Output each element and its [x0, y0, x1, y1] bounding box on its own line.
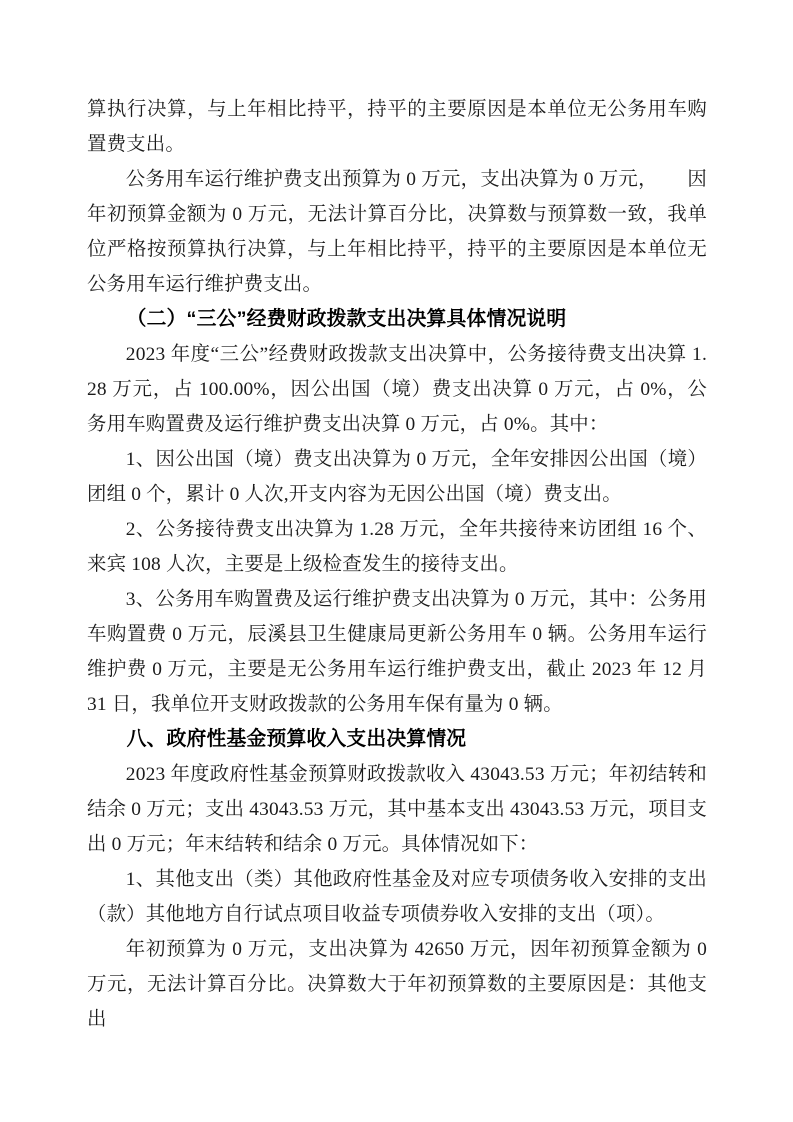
para-budget-vs-final-accounts: 年初预算为 0 万元，支出决算为 42650 万元，因年初预算金额为 0 万元，… — [87, 932, 707, 1037]
heading-government-fund-budget: 八、政府性基金预算收入支出决算情况 — [87, 722, 707, 757]
para-other-expenditure-category: 1、其他支出（类）其他政府性基金及对应专项债务收入安排的支出（款）其他地方自行试… — [87, 862, 707, 932]
document-page: 算执行决算，与上年相比持平，持平的主要原因是本单位无公务用车购置费支出。 公务用… — [0, 0, 793, 1122]
para-item3-vehicle-costs: 3、公务用车购置费及运行维护费支出决算为 0 万元，其中：公务用车购置费 0 万… — [87, 582, 707, 722]
para-vehicle-operation-maintenance: 公务用车运行维护费支出预算为 0 万元，支出决算为 0 万元， 因年初预算金额为… — [87, 162, 707, 302]
para-fund-budget-overview: 2023 年度政府性基金预算财政拨款收入 43043.53 万元；年初结转和结余… — [87, 757, 707, 862]
para-item2-official-reception: 2、公务接待费支出决算为 1.28 万元，全年共接待来访团组 16 个、来宾 1… — [87, 512, 707, 582]
para-continued-vehicle-purchase: 算执行决算，与上年相比持平，持平的主要原因是本单位无公务用车购置费支出。 — [87, 92, 707, 162]
para-three-public-overview: 2023 年度“三公”经费财政拨款支出决算中，公务接待费支出决算 1.28 万元… — [87, 337, 707, 442]
para-item1-overseas-trips: 1、因公出国（境）费支出决算为 0 万元，全年安排因公出国（境）团组 0 个，累… — [87, 442, 707, 512]
heading-three-public-funds-detail: （二）“三公”经费财政拨款支出决算具体情况说明 — [87, 302, 707, 337]
